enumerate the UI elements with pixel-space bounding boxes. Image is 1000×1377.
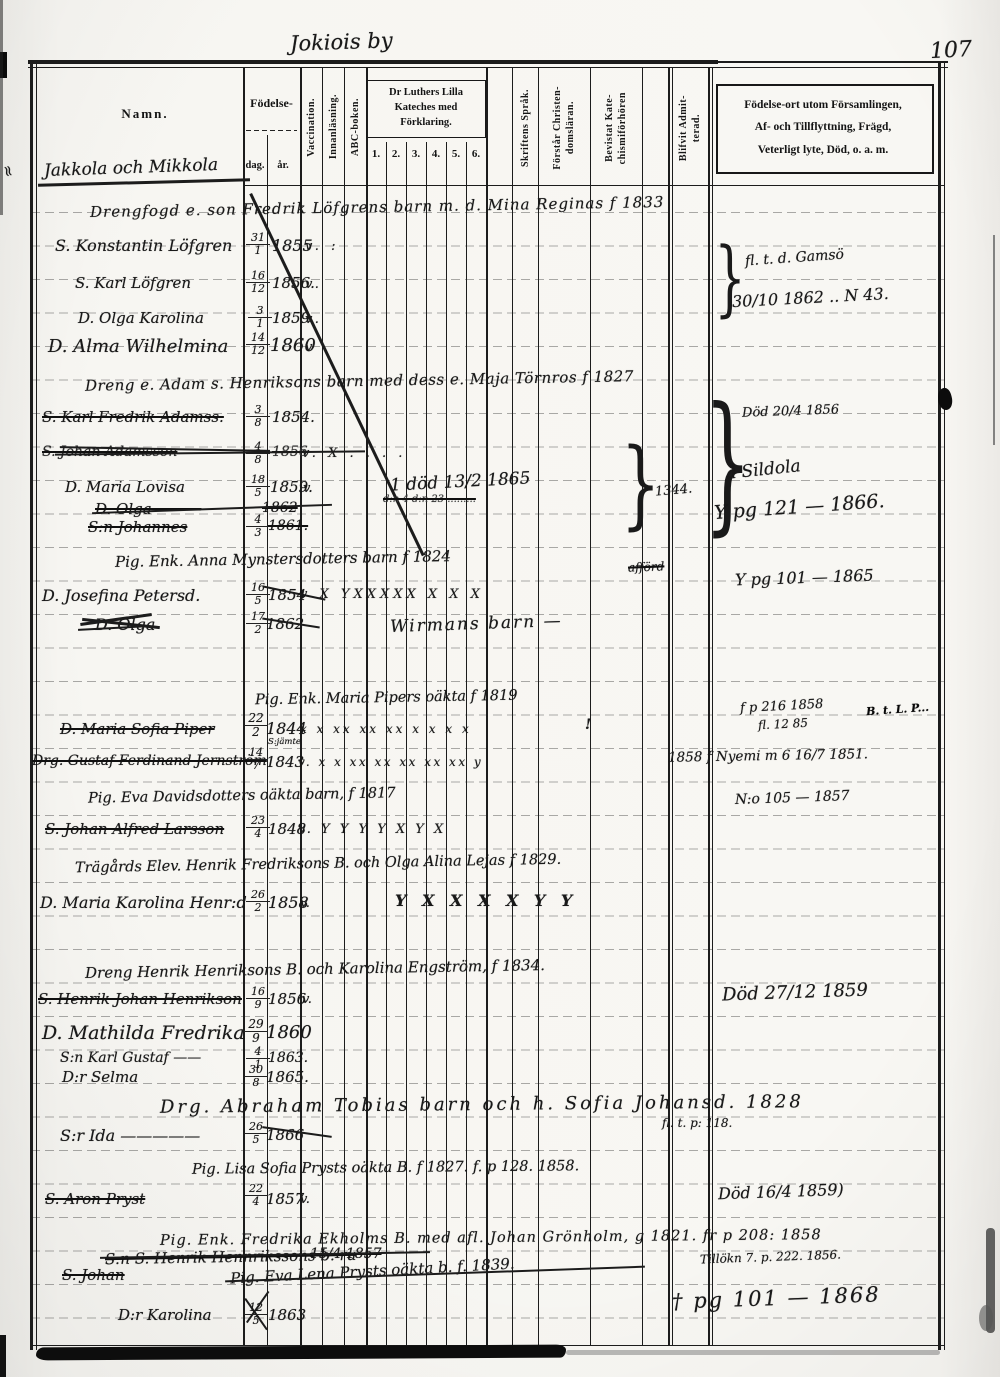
kateches-marks: v.	[300, 1192, 310, 1207]
margin-note: fl. t. p: 118.	[662, 1116, 732, 1130]
entry-name: D. Maria Lovisa	[65, 478, 185, 496]
entry-name: S. Aron Pryst	[45, 1190, 145, 1208]
entry-name: D. Mathilda Fredrika	[42, 1022, 245, 1044]
scan-artifact-right-edge	[993, 235, 995, 445]
entry-name: S:n Johannes	[88, 518, 187, 536]
scanned-church-record-page: Jokiois by 107 Namn. Jakkola och Mikkola…	[0, 0, 1000, 1377]
entry-name: D. Josefina Petersd.	[42, 586, 200, 605]
column-header-blifvit: Blifvit Admit-terad.	[672, 72, 708, 184]
entry-name: Drg. Gustaf Ferdinand Jernström	[32, 753, 267, 769]
birth-year: 1854.	[272, 408, 315, 426]
kateches-marks: v.	[305, 277, 323, 292]
column-header-namn: Namn.	[85, 106, 205, 122]
top-rule-thin	[28, 67, 948, 68]
page-title-handwritten: Jokiois by	[290, 28, 393, 56]
column-header-dag: dag.	[243, 160, 267, 171]
fodelse-divider	[246, 130, 297, 131]
column-header-ar: år.	[268, 160, 298, 171]
grid-vline	[538, 68, 539, 1345]
kateches-marks: v.	[300, 896, 310, 911]
kateches-marks: v.	[302, 992, 312, 1007]
scan-artifact-right-edge	[979, 1305, 993, 1331]
luthers-col-5: 5.	[447, 148, 465, 160]
margin-squiggle: ≈	[0, 163, 19, 180]
birth-year: 1861.	[268, 518, 308, 534]
luthers-col-6: 6.	[467, 148, 485, 160]
grid-vline	[668, 68, 670, 1345]
header-bottom-rule	[243, 185, 944, 186]
exclamation-mark: !	[585, 717, 591, 733]
grid-vline	[486, 68, 488, 1345]
luthers-col-2: 2.	[387, 148, 405, 160]
grid-vline	[243, 68, 245, 1345]
kateches-marks: v	[303, 481, 310, 496]
grid-vline	[938, 62, 941, 1350]
kateches-marks: v. :	[305, 239, 339, 254]
grid-vline	[512, 68, 513, 1345]
birth-year-sub: S:jämte	[268, 737, 301, 747]
grid-vline	[36, 62, 37, 1350]
entry-name: S:r Ida —————	[60, 1126, 200, 1145]
birth-year: 1860	[266, 1022, 312, 1043]
entry-name: S. Johan	[62, 1266, 125, 1284]
margin-note: fl. 12 85	[758, 716, 809, 733]
margin-note: afförd	[628, 559, 665, 574]
scan-artifact-bottom-band	[36, 1345, 566, 1361]
kateches-marks-bold: Y X X X X Y Y	[395, 891, 577, 910]
birth-year: 1865.	[266, 1068, 309, 1086]
grid-vline	[708, 68, 710, 1345]
scan-artifact-left-edge	[0, 0, 3, 215]
kateches-marks: x x xx xx xx x x x x	[300, 722, 472, 736]
top-rule-heavy	[28, 60, 718, 64]
birth-year: 1863	[268, 1306, 306, 1324]
column-header-bevistat: Bevistat Kate-chismiförhören	[590, 72, 642, 184]
luthers-col-4: 4.	[427, 148, 445, 160]
column-header-fodelse: Födelse-	[243, 96, 300, 111]
entry-name: S. Johan Alfred Larsson	[45, 820, 224, 838]
kateches-marks: v. Y Y Y Y X Y X	[298, 822, 446, 837]
grid-vline	[590, 68, 591, 1345]
entry-name: D:r Karolina	[118, 1306, 212, 1324]
kateches-marks: v. X . . . .	[302, 446, 406, 461]
entry-name: S. Karl Fredrik Adamss.	[42, 408, 224, 426]
column-header-vaccination: Vaccination.	[300, 72, 322, 182]
column-header-luthers: Dr Luthers Lilla Kateches med Förklaring…	[366, 85, 486, 131]
grid-vline	[712, 68, 713, 1345]
entry-name: S. Karl Löfgren	[75, 274, 191, 292]
entry-name: S:n Karl Gustaf ——	[60, 1050, 201, 1066]
entry-name: S. Konstantin Löfgren	[55, 236, 232, 255]
birth-year: 1863.	[268, 1050, 308, 1066]
scan-artifact-left-edge	[0, 1335, 6, 1377]
entry-name: D. Olga Karolina	[78, 309, 204, 327]
column-header-innanlasning: Innanläsning.	[322, 72, 344, 182]
entry-name: D. Alma Wilhelmina	[48, 336, 228, 357]
village-names-handwritten: Jakkola och Mikkola	[44, 155, 219, 181]
top-rule-heavy-right	[715, 61, 948, 63]
grid-vline	[366, 68, 368, 1345]
luthers-col-3: 3.	[407, 148, 425, 160]
birth-year: 1857	[266, 1190, 304, 1208]
column-header-remarks: Födelse-ort utom Församlingen, Af- och T…	[718, 94, 928, 161]
entry-name: D:r Selma	[62, 1068, 138, 1086]
column-header-abc-boken: ABC-boken.	[344, 72, 366, 182]
entry-name: D. Maria Sofia Piper	[60, 720, 215, 738]
inline-note-small: d:n 4 d:n 23 .........	[383, 494, 476, 505]
grid-vline	[944, 62, 945, 1350]
column-header-forstar: Förstår Christen-domsläran.	[538, 72, 590, 184]
grid-vline	[642, 68, 643, 1345]
luthers-col-1: 1.	[367, 148, 385, 160]
entry-name: D. Maria Karolina Henr:d	[40, 893, 247, 912]
scan-artifact-bottom-band	[566, 1350, 940, 1355]
kateches-marks: v. x x xx xx xx xx xx y	[298, 755, 483, 769]
column-header-skriftens: Skriftens Språk.	[512, 72, 538, 184]
group-header: Pig. Lisa Sofia Prysts oäkta B. f 1827. …	[192, 1158, 579, 1177]
grid-vline	[672, 68, 673, 1345]
entry-name: S. Henrik Johan Henrikson	[38, 990, 242, 1008]
birth-year: 1856	[268, 990, 306, 1008]
kateches-marks: v X YXXXXX X X X	[300, 587, 484, 602]
kateches-marks: v	[305, 340, 316, 355]
page-number: 107	[929, 37, 972, 64]
grid-vline	[30, 62, 33, 1350]
